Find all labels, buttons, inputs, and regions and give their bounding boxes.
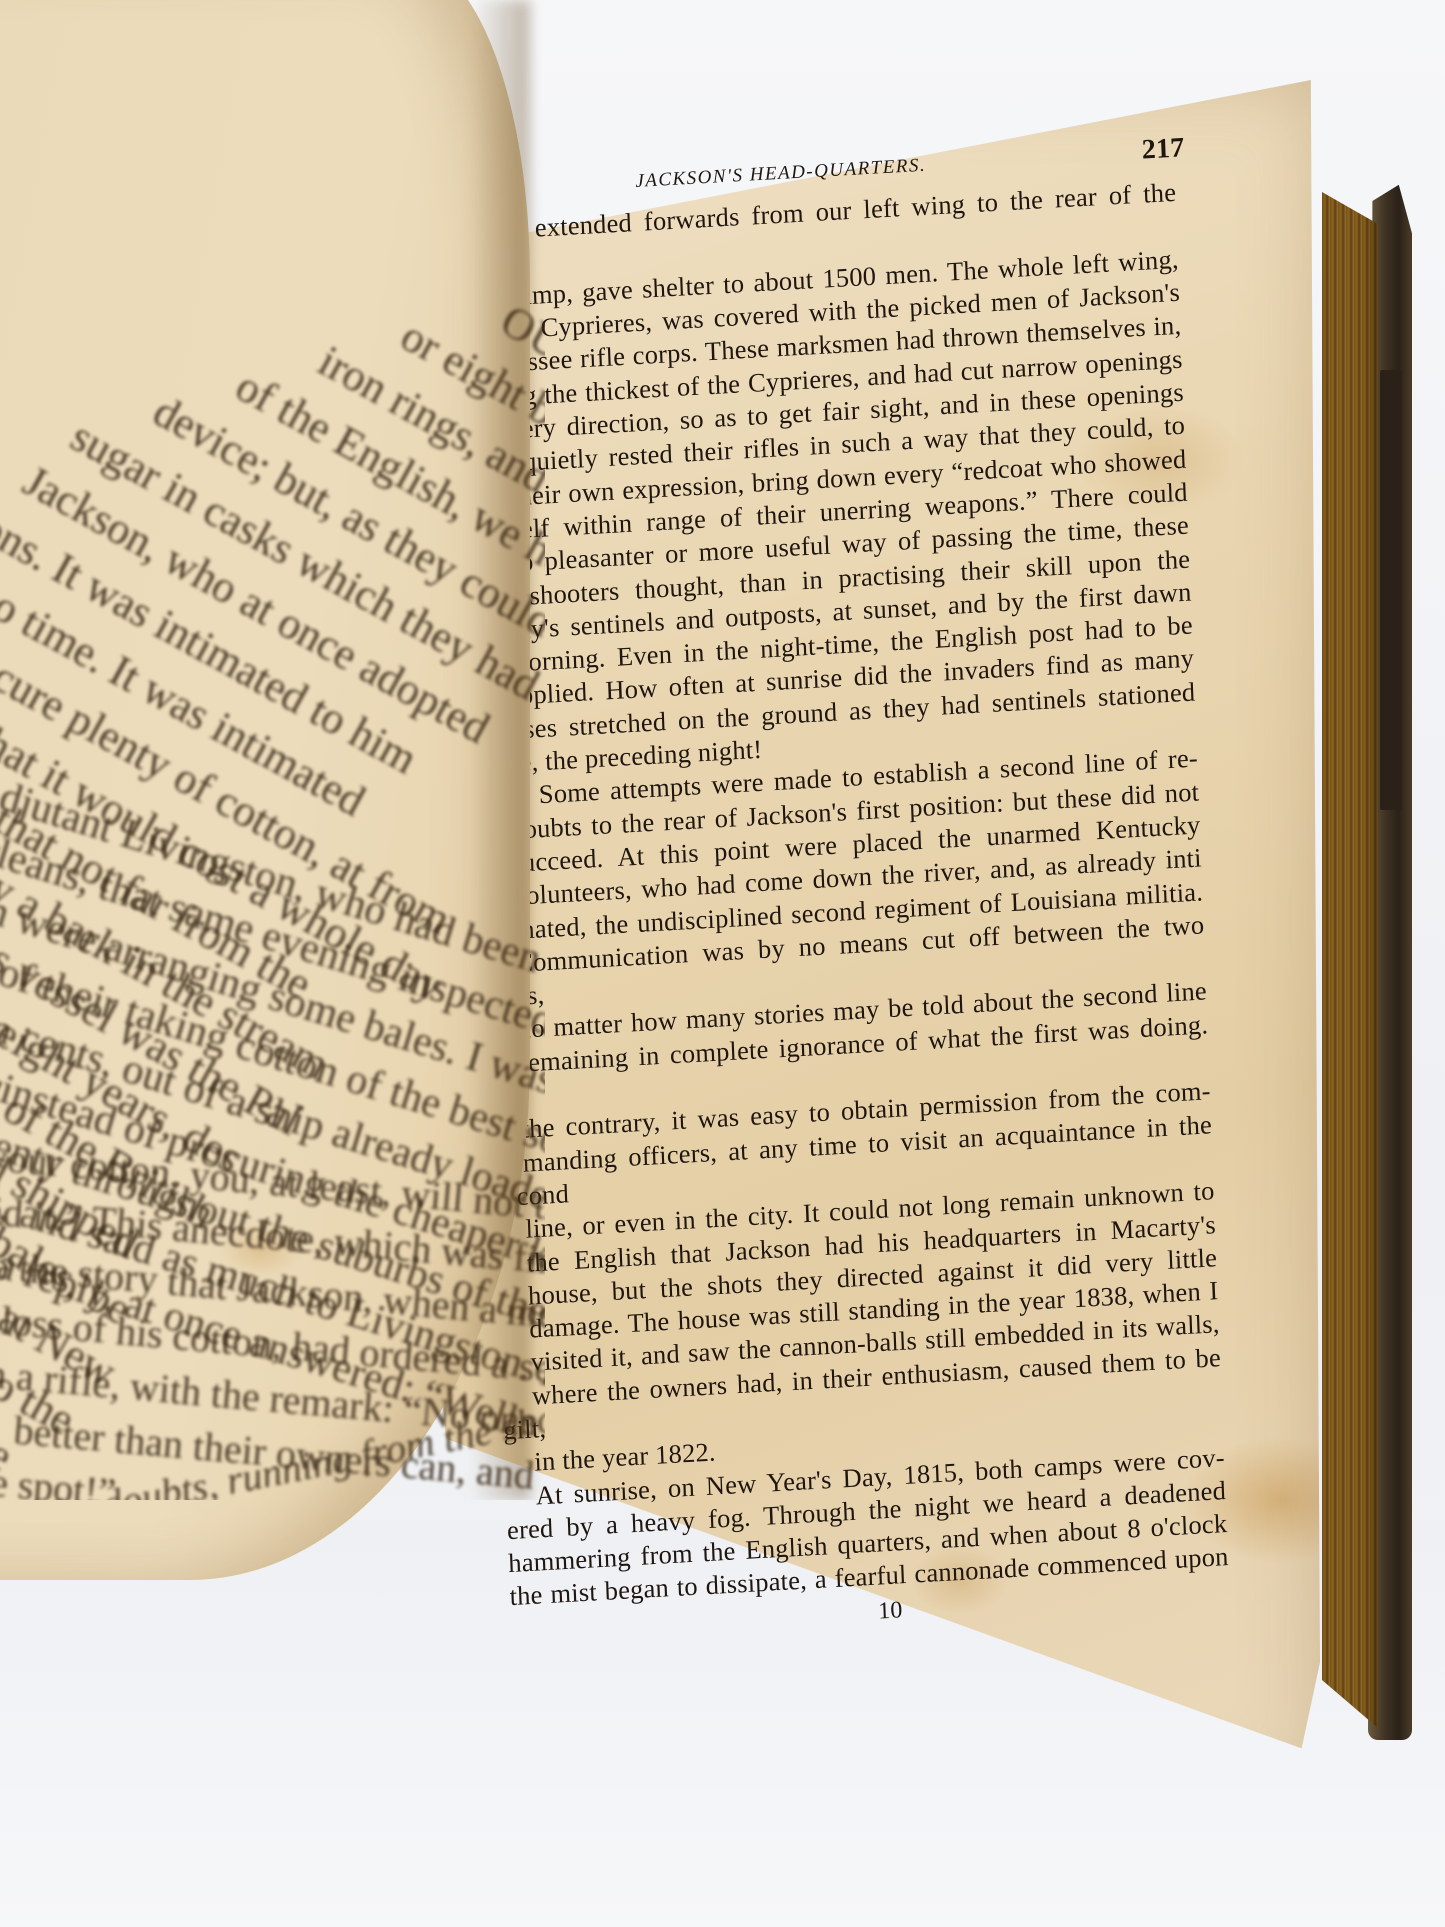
paragraph-2: Some attempts were made to establish a s… [478,742,1224,1481]
page-number: 217 [1141,131,1185,167]
book-photo: JACKSON'S HEAD-QUARTERS. 217 which exten… [0,0,1445,1927]
left-page-text-bottom: your cotton, you, at least, will not thi… [0,1130,545,1500]
gutter-shadow [470,0,530,1500]
left-page-text-area: OUR OWN CO or eight bales cotton iron ri… [0,0,545,1500]
chapter-running-title: JACKSON'S HEAD-QUARTERS. [635,149,927,199]
gilt-page-edges [1322,128,1378,1728]
paragraph-1: which extended forwards from our left wi… [457,176,1198,782]
spine-binding-band [1380,370,1402,810]
right-page-text: JACKSON'S HEAD-QUARTERS. 217 which exten… [455,135,1231,1649]
